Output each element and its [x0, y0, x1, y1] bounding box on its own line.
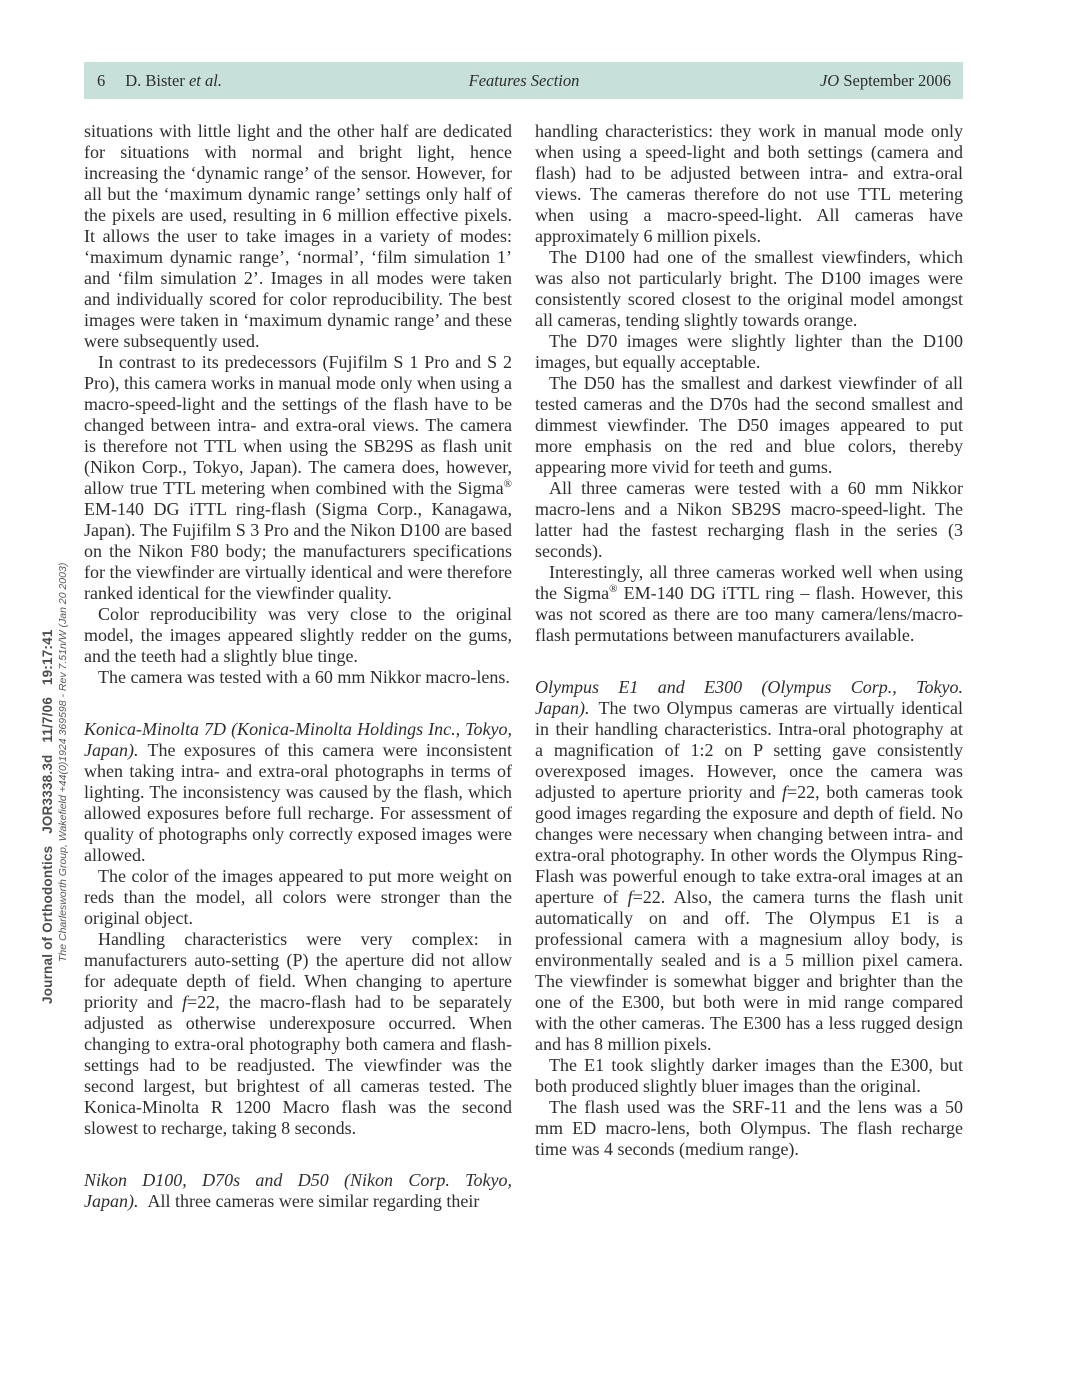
- right-column: handling characteristics: they work in m…: [535, 121, 963, 1212]
- paragraph: handling characteristics: they work in m…: [535, 121, 963, 247]
- paragraph: The D70 images were slightly lighter tha…: [535, 331, 963, 373]
- paragraph: All three cameras were tested with a 60 …: [535, 478, 963, 562]
- issue-date: September 2006: [843, 71, 951, 90]
- paragraph: The E1 took slightly darker images than …: [535, 1055, 963, 1097]
- page-number: 6: [97, 71, 105, 91]
- paragraph: Interestingly, all three cameras worked …: [535, 562, 963, 646]
- paragraph: The flash used was the SRF-11 and the le…: [535, 1097, 963, 1160]
- section-paragraph: Nikon D100, D70s and D50 (Nikon Corp. To…: [84, 1170, 512, 1212]
- typesetting-info: Journal of Orthodontics JOR3338.3d 11/7/…: [40, 544, 55, 1004]
- section-title: Features Section: [469, 71, 580, 91]
- paragraph: In contrast to its predecessors (Fujifil…: [84, 352, 512, 604]
- journal-abbrev: JO: [820, 71, 839, 90]
- paragraph: The color of the images appeared to put …: [84, 866, 512, 929]
- running-head-left: 6 D. Bister et al.: [84, 71, 469, 91]
- section-paragraph: Olympus E1 and E300 (Olympus Corp., Toky…: [535, 677, 963, 1055]
- production-sidebar: Journal of Orthodontics JOR3338.3d 11/7/…: [40, 544, 69, 1004]
- running-head-right: JO September 2006: [579, 71, 963, 91]
- section-paragraph: Konica-Minolta 7D (Konica-Minolta Holdin…: [84, 719, 512, 866]
- left-column: situations with little light and the oth…: [84, 121, 512, 1212]
- journal-page: 6 D. Bister et al. Features Section JO S…: [0, 0, 1080, 1391]
- typesetter-credit: The Charlesworth Group, Wakefield +44(0)…: [57, 544, 69, 1004]
- paragraph: Color reproducibility was very close to …: [84, 604, 512, 667]
- paragraph: The D50 has the smallest and darkest vie…: [535, 373, 963, 478]
- authors: D. Bister: [125, 71, 185, 91]
- paragraph: situations with little light and the oth…: [84, 121, 512, 352]
- body-columns: situations with little light and the oth…: [84, 121, 963, 1212]
- paragraph: The camera was tested with a 60 mm Nikko…: [84, 667, 512, 688]
- header-bar: 6 D. Bister et al. Features Section JO S…: [84, 62, 963, 99]
- paragraph: The D100 had one of the smallest viewfin…: [535, 247, 963, 331]
- authors-et-al: et al.: [189, 71, 222, 91]
- paragraph: Handling characteristics were very compl…: [84, 929, 512, 1139]
